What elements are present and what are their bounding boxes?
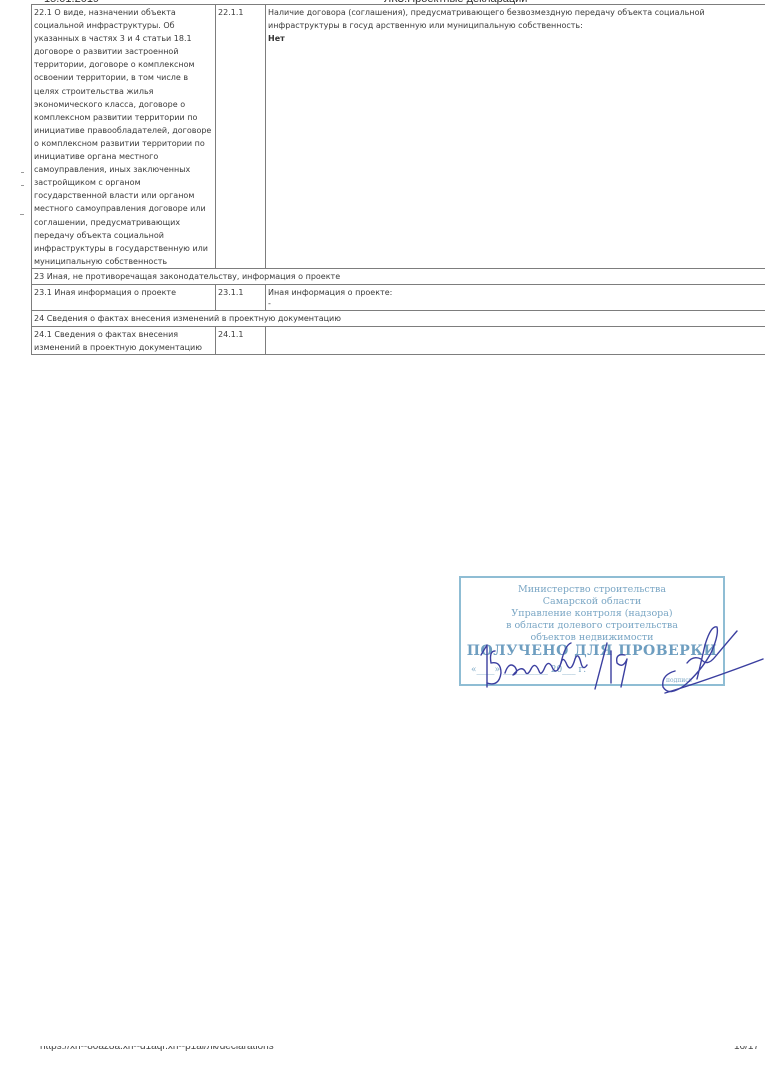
item-code: 22.1.1	[216, 5, 266, 269]
item-value: -	[268, 299, 765, 308]
item-code: 24.1.1	[216, 326, 266, 354]
stamp-line: Министерство строительства	[461, 584, 723, 596]
scan-artifact	[21, 185, 24, 186]
section-row-23: 23 Иная, не противоречащая законодательс…	[32, 268, 765, 284]
item-value-cell: Иная информация о проекте: -	[266, 284, 765, 310]
scan-artifact	[20, 214, 24, 215]
item-value-label: Иная информация о проекте:	[268, 286, 765, 299]
item-value-cell	[266, 326, 765, 354]
stamp-line: Самарской области	[461, 596, 723, 608]
footer-url: https://xn--80az8a.xn--d1aqf.xn--p1ai/лк…	[40, 1046, 274, 1052]
stamp-line: Управление контроля (надзора)	[461, 608, 723, 620]
item-value: Нет	[268, 32, 765, 45]
registration-stamp: Министерство строительства Самарской обл…	[459, 576, 725, 686]
table-row-23-1: 23.1 Иная информация о проекте 23.1.1 Ин…	[32, 284, 765, 310]
page-footer: https://xn--80az8a.xn--d1aqf.xn--p1ai/лк…	[0, 1046, 765, 1056]
table-row-24-1: 24.1 Сведения о фактах внесения изменени…	[32, 326, 765, 354]
item-label: 23.1 Иная информация о проекте	[32, 284, 216, 310]
stamp-line: в области долевого строительства	[461, 620, 723, 632]
item-code: 23.1.1	[216, 284, 266, 310]
declaration-table: 22.1 О виде, назначении объекта социальн…	[31, 4, 765, 355]
stamp-date-line: «____» __________ 20___ г.	[471, 664, 586, 676]
stamp-title: ПОЛУЧЕНО ДЛЯ ПРОВЕРКИ	[461, 645, 723, 657]
item-label: 24.1 Сведения о фактах внесения изменени…	[32, 326, 216, 354]
scan-artifact	[21, 172, 24, 173]
page-number: 16/17	[734, 1046, 759, 1052]
section-label: 23 Иная, не противоречащая законодательс…	[32, 268, 765, 284]
section-row-24: 24 Сведения о фактах внесения изменений …	[32, 310, 765, 326]
item-label: 22.1 О виде, назначении объекта социальн…	[32, 5, 216, 269]
item-value-cell: Наличие договора (соглашения), предусмат…	[266, 5, 765, 269]
item-value-label: Наличие договора (соглашения), предусмат…	[268, 6, 765, 32]
section-label: 24 Сведения о фактах внесения изменений …	[32, 310, 765, 326]
table-row-22-1: 22.1 О виде, назначении объекта социальн…	[32, 5, 765, 269]
stamp-signature-caption: подпись	[666, 675, 692, 687]
